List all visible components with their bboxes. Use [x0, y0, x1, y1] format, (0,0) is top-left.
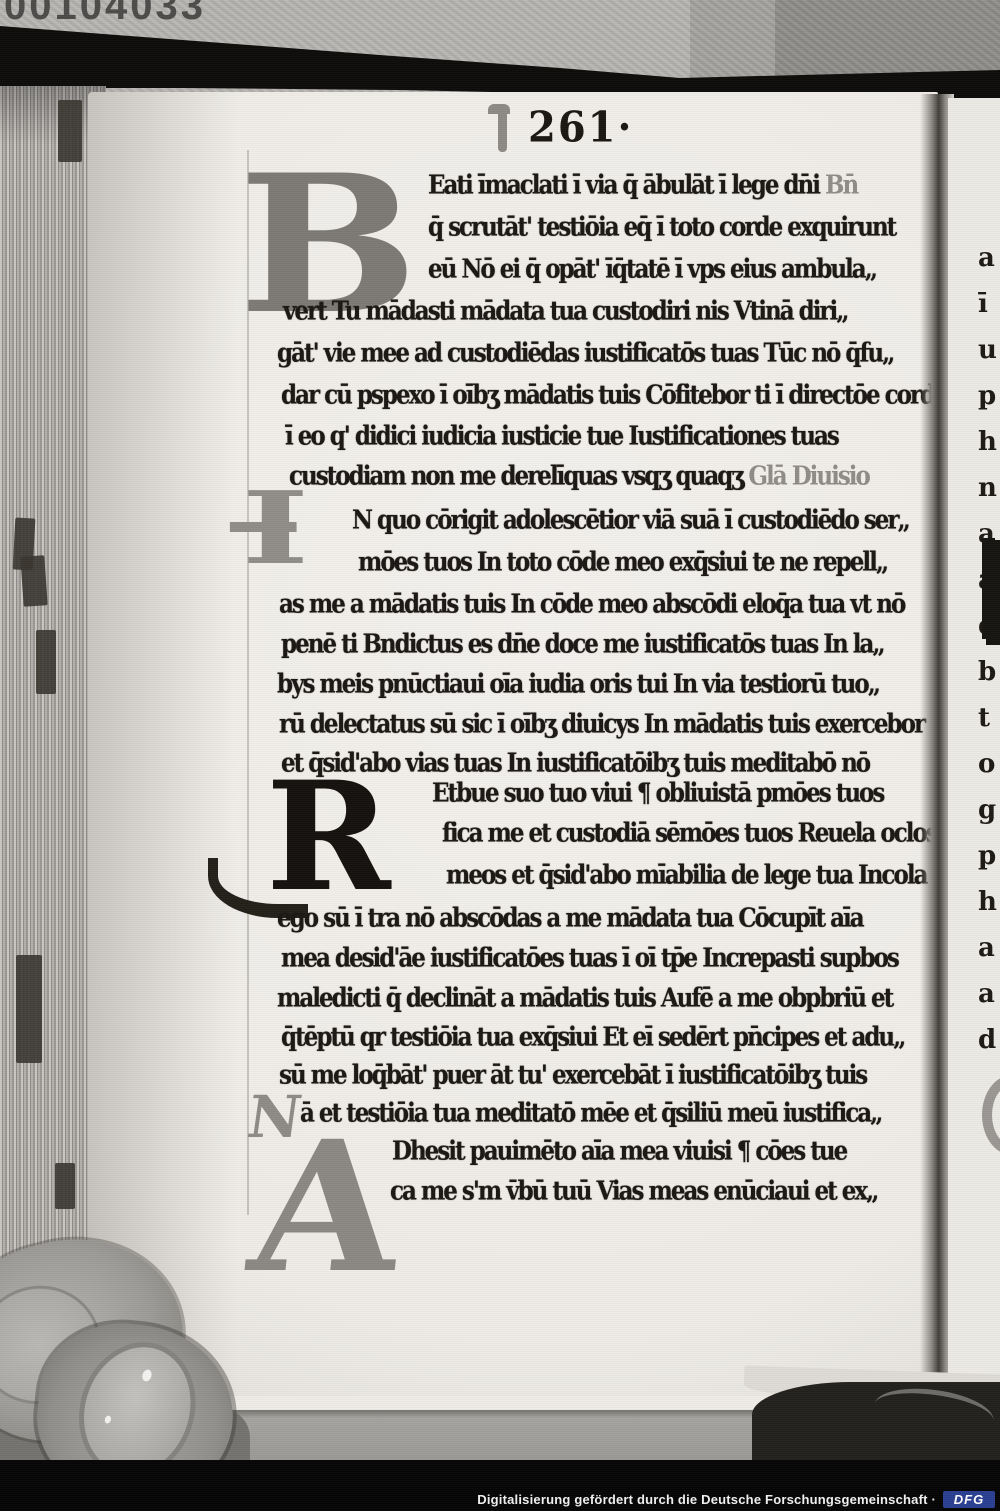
- manuscript-line: N quo cōrigit adolescētior viā suā ī cus…: [352, 505, 909, 535]
- manuscript-line: rū delectatus sū sic ī oībʒ diuicys In m…: [279, 709, 924, 739]
- line-text: bys meis pnūctiaui oīa iudia oris tui In…: [277, 669, 879, 699]
- line-text: q̄ scrutāt' testiōia eq̄ ī toto corde ex…: [428, 212, 895, 242]
- line-text: ā et testiōia tua meditatō mēe et q̄sili…: [300, 1098, 881, 1128]
- manuscript-line: as me a mādatis tuis In cōde meo abscōdi…: [279, 589, 904, 619]
- line-text: gāt' vie mee ad custodiēdas iustificatōs…: [277, 338, 893, 368]
- manuscript-line: Eati īmaclati ī via q̄ ābulāt ī lege dn̄…: [428, 170, 857, 200]
- manuscript-line: fica me et custodiā sēmōes tuos Reuela o…: [442, 818, 937, 848]
- manuscript-line: dar cū pspexo ī oībʒ mādatis tuis Cōfite…: [281, 380, 952, 410]
- manuscript-line: ego sū ī tra nō abscōdas a me mādata tua…: [277, 903, 863, 933]
- manuscript-line: bys meis pnūctiaui oīa iudia oris tui In…: [277, 669, 879, 699]
- manuscript-line: mea desid'āe iustificatōes tuas ī oī tp̄…: [281, 943, 898, 973]
- dfg-caption-bar: Digitalisierung gefördert durch die Deut…: [0, 1488, 1000, 1511]
- photo-bottom-border: [0, 1460, 1000, 1488]
- index-tab: [58, 100, 82, 162]
- scan-frame-number: 00104033: [4, 0, 206, 29]
- manuscript-line: q̄ scrutāt' testiōia eq̄ ī toto corde ex…: [428, 212, 895, 242]
- line-text: custodiam non me derelīquas vsqʒ quaqʒ: [289, 461, 742, 491]
- dfg-caption-text: Digitalisierung gefördert durch die Deut…: [477, 1492, 936, 1507]
- initial-in-quo: I: [241, 478, 309, 578]
- manuscript-line: custodiam non me derelīquas vsqʒ quaqʒGl…: [289, 461, 869, 491]
- line-text: vert Tu mādasti mādata tua custodiri nis…: [283, 296, 848, 326]
- fragment: h: [978, 419, 1000, 465]
- line-text: ca me s'm v̄bū tuū Vias meas enūciaui et…: [390, 1176, 877, 1206]
- fragment: a: [978, 971, 1000, 1017]
- initial-adhesit: A: [243, 1118, 409, 1298]
- highlight: [141, 1368, 153, 1382]
- manuscript-line: mōes tuos In toto cōde meo exq̄siui te n…: [358, 547, 887, 577]
- line-text: ī eo q' didici iudicia iusticie tue Iust…: [285, 421, 838, 451]
- line-text: mōes tuos In toto cōde meo exq̄siui te n…: [358, 547, 887, 577]
- line-text: sū me loq̄bāt' puer āt tu' exercebāt ī i…: [279, 1060, 866, 1090]
- initial-retribue: R: [266, 762, 391, 912]
- line-text: dar cū pspexo ī oībʒ mādatis tuis Cōfite…: [281, 380, 952, 410]
- manuscript-line: Dhesit pauimēto aīa mea viuisi ¶ cōes tu…: [392, 1136, 846, 1166]
- fragment: g: [978, 787, 1000, 833]
- index-tab: [16, 955, 42, 1063]
- capitulum-mark: [488, 104, 514, 154]
- line-text: Etbue suo tuo viui ¶ obliuistā pmōes tuo…: [432, 778, 883, 808]
- manuscript-line: ca me s'm v̄bū tuū Vias meas enūciaui et…: [390, 1176, 877, 1206]
- fragment: b: [978, 649, 1000, 695]
- line-text: Eati īmaclati ī via q̄ ābulāt ī lege dn̄…: [428, 170, 819, 200]
- manuscript-line: vert Tu mādasti mādata tua custodiri nis…: [283, 296, 848, 326]
- shadow-under-book: [752, 1382, 1000, 1464]
- highlight: [104, 1415, 112, 1424]
- manuscript-line: meos et q̄sid'abo mīabilia de lege tua I…: [446, 860, 926, 890]
- fragment: ī: [978, 281, 1000, 327]
- line-text: q̄tēptū qr testiōia tua exq̄siui Et eī s…: [281, 1022, 904, 1052]
- line-text: penē ti Bndictus es dn̄e doce me iustifi…: [281, 629, 884, 659]
- line-rubric: Glā Diuisio: [742, 461, 868, 491]
- line-text: fica me et custodiā sēmōes tuos Reuela o…: [442, 818, 937, 848]
- manuscript-line: Etbue suo tuo viui ¶ obliuistā pmōes tuo…: [432, 778, 883, 808]
- manuscript-line: ī eo q' didici iudicia iusticie tue Iust…: [285, 421, 838, 451]
- index-tab: [20, 555, 47, 607]
- folio-number-row: 261·: [488, 104, 633, 160]
- line-rubric: Bn̄: [819, 170, 857, 200]
- line-text: eū Nō ei q̄ opāt' īq̄tatē ī vps eius amb…: [428, 254, 876, 284]
- manuscript-line: penē ti Bndictus es dn̄e doce me iustifi…: [281, 629, 884, 659]
- line-text: Dhesit pauimēto aīa mea viuisi ¶ cōes tu…: [392, 1136, 846, 1166]
- fragment: h: [978, 879, 1000, 925]
- fragment: o: [978, 741, 1000, 787]
- fragment: u: [978, 327, 1000, 373]
- fragment: d: [978, 1017, 1000, 1063]
- manuscript-line: maledicti q̄ declināt a mādatis tuis Auf…: [277, 983, 892, 1013]
- fragment: n: [978, 465, 1000, 511]
- manuscript-line: sū me loq̄bāt' puer āt tu' exercebāt ī i…: [279, 1060, 866, 1090]
- fragment: p: [978, 373, 1000, 419]
- fragment: a: [978, 925, 1000, 971]
- index-tab: [36, 630, 56, 694]
- manuscript-line: eū Nō ei q̄ opāt' īq̄tatē ī vps eius amb…: [428, 254, 876, 284]
- fragment: a: [978, 235, 1000, 281]
- manuscript-line: ā et testiōia tua meditatō mēe et q̄sili…: [300, 1098, 881, 1128]
- line-text: N quo cōrigit adolescētior viā suā ī cus…: [352, 505, 909, 535]
- fragment: t: [978, 695, 1000, 741]
- dfg-logo: DFG: [943, 1491, 995, 1508]
- manuscript-line: gāt' vie mee ad custodiēdas iustificatōs…: [277, 338, 893, 368]
- line-text: et q̄sid'abo vias tuas In iustificatōibʒ…: [281, 748, 869, 778]
- manuscript-line: q̄tēptū qr testiōia tua exq̄siui Et eī s…: [281, 1022, 904, 1052]
- facing-page-initial-fragment: [986, 540, 1000, 645]
- index-tab: [55, 1163, 75, 1209]
- line-text: mea desid'āe iustificatōes tuas ī oī tp̄…: [281, 943, 898, 973]
- line-text: meos et q̄sid'abo mīabilia de lege tua I…: [446, 860, 926, 890]
- line-text: maledicti q̄ declināt a mādatis tuis Auf…: [277, 983, 892, 1013]
- folio-number: 261·: [528, 103, 633, 152]
- manuscript-line: et q̄sid'abo vias tuas In iustificatōibʒ…: [281, 748, 869, 778]
- line-text: ego sū ī tra nō abscōdas a me mādata tua…: [277, 903, 863, 933]
- line-text: rū delectatus sū sic ī oībʒ diuicys In m…: [279, 709, 924, 739]
- line-text: as me a mādatis tuis In cōde meo abscōdi…: [279, 589, 904, 619]
- manuscript-photo: 00104033 261· B I R N A Eati īmaclati ī …: [0, 0, 1000, 1511]
- fragment: p: [978, 833, 1000, 879]
